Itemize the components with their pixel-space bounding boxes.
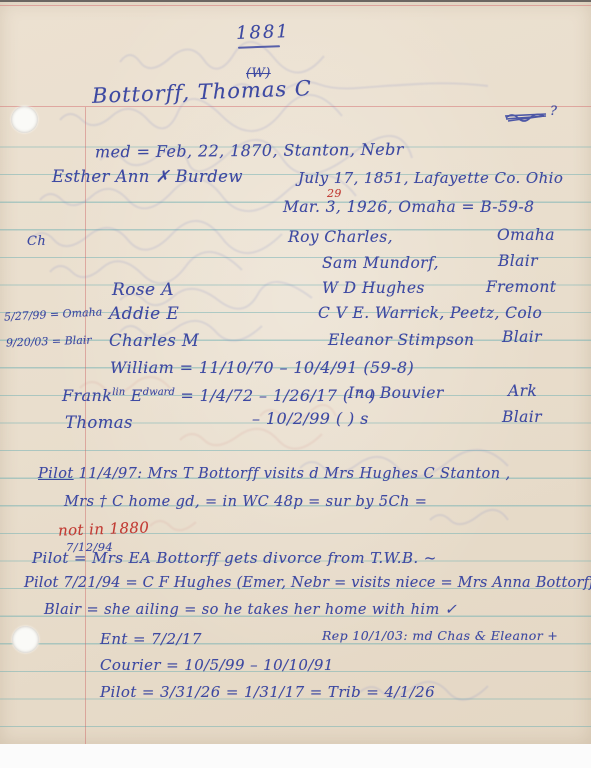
wife-name: Esther Ann ✗ Burdew bbox=[52, 167, 243, 186]
thomas-place: Blair bbox=[502, 408, 542, 426]
wife-death: Mar. 3, 1926, Omaha = B-59-8 bbox=[283, 198, 534, 216]
note2-text: Pilot = Mrs EA Bottorff gets divorce fro… bbox=[32, 549, 437, 567]
frank-place: Ark bbox=[508, 382, 537, 400]
header-rule-top bbox=[0, 5, 591, 6]
frank-dates: = 1/4/72 – 1/26/17 ( “ ) bbox=[180, 386, 375, 405]
child-place: Omaha bbox=[497, 226, 555, 244]
note5-courier: Courier = 10/5/99 – 10/10/91 bbox=[100, 656, 334, 674]
child-place: Blair bbox=[502, 328, 542, 346]
child-spouse: W D Hughes bbox=[322, 279, 425, 297]
note1-source-label: Pilot bbox=[38, 466, 74, 482]
scan-edge bbox=[0, 0, 591, 2]
header-rule bbox=[0, 106, 591, 107]
children-label: Ch bbox=[27, 234, 46, 249]
frank-initial: E bbox=[131, 386, 143, 405]
child-spouse: Eleanor Stimpson bbox=[328, 331, 474, 349]
william-line: William = 11/10/70 – 10/4/91 (59-8) bbox=[110, 358, 414, 377]
year-heading: 1881 bbox=[236, 21, 291, 44]
child-name: Charles M bbox=[109, 331, 199, 350]
note3-line1: Pilot 7/21/94 = C F Hughes (Emer, Nebr =… bbox=[24, 575, 591, 591]
question-mark: ? bbox=[550, 104, 557, 119]
note3-line2: Blair = she ailing = so he takes her hom… bbox=[44, 602, 457, 618]
child-place: Fremont bbox=[486, 278, 556, 296]
note6-pilot-trib: Pilot = 3/31/26 = 1/31/17 = Trib = 4/1/2… bbox=[100, 683, 435, 701]
thomas-dates: – 10/2/99 ( ) s bbox=[252, 409, 369, 428]
frank-name: Frank bbox=[62, 386, 112, 405]
child-spouse: C V E. Warrick, Peetz, Colo bbox=[318, 304, 542, 322]
thomas-name: Thomas bbox=[65, 413, 133, 432]
frank-spouse: Ina Bouvier bbox=[348, 384, 444, 402]
child-place: Blair bbox=[498, 252, 538, 270]
married-line: med = Feb, 22, 1870, Stanton, Nebr bbox=[95, 140, 404, 162]
note1-line1: Pilot 11/4/97: Mrs T Bottorff visits d M… bbox=[38, 466, 510, 482]
punch-hole bbox=[11, 106, 38, 133]
wife-birth: July 17, 1851, Lafayette Co. Ohio bbox=[298, 169, 563, 187]
note4-left: Ent = 7/2/17 bbox=[100, 630, 202, 648]
child-spouse: Roy Charles, bbox=[288, 228, 393, 246]
punch-hole bbox=[12, 626, 39, 653]
note4-right: Rep 10/1/03: md Chas & Eleanor + bbox=[322, 628, 558, 643]
scanned-genealogy-page: 1881 (W) Bottorff, Thomas C ? med = Feb,… bbox=[0, 0, 591, 768]
note1-line2: Mrs † C home gd, = in WC 48p = sur by 5C… bbox=[64, 494, 427, 510]
frank-insert-lin: lin bbox=[112, 387, 125, 398]
frank-line: Franklin Edward = 1/4/72 – 1/26/17 ( “ ) bbox=[62, 386, 376, 405]
child-spouse: Sam Mundorf, bbox=[322, 254, 439, 272]
frank-insert-dward: dward bbox=[143, 387, 175, 398]
red-census-note: not in 1880 bbox=[58, 518, 150, 539]
note1-text: 11/4/97: Mrs T Bottorff visits d Mrs Hug… bbox=[79, 466, 511, 482]
child-name: Addie E bbox=[109, 304, 179, 324]
child-name: Rose A bbox=[112, 280, 174, 300]
